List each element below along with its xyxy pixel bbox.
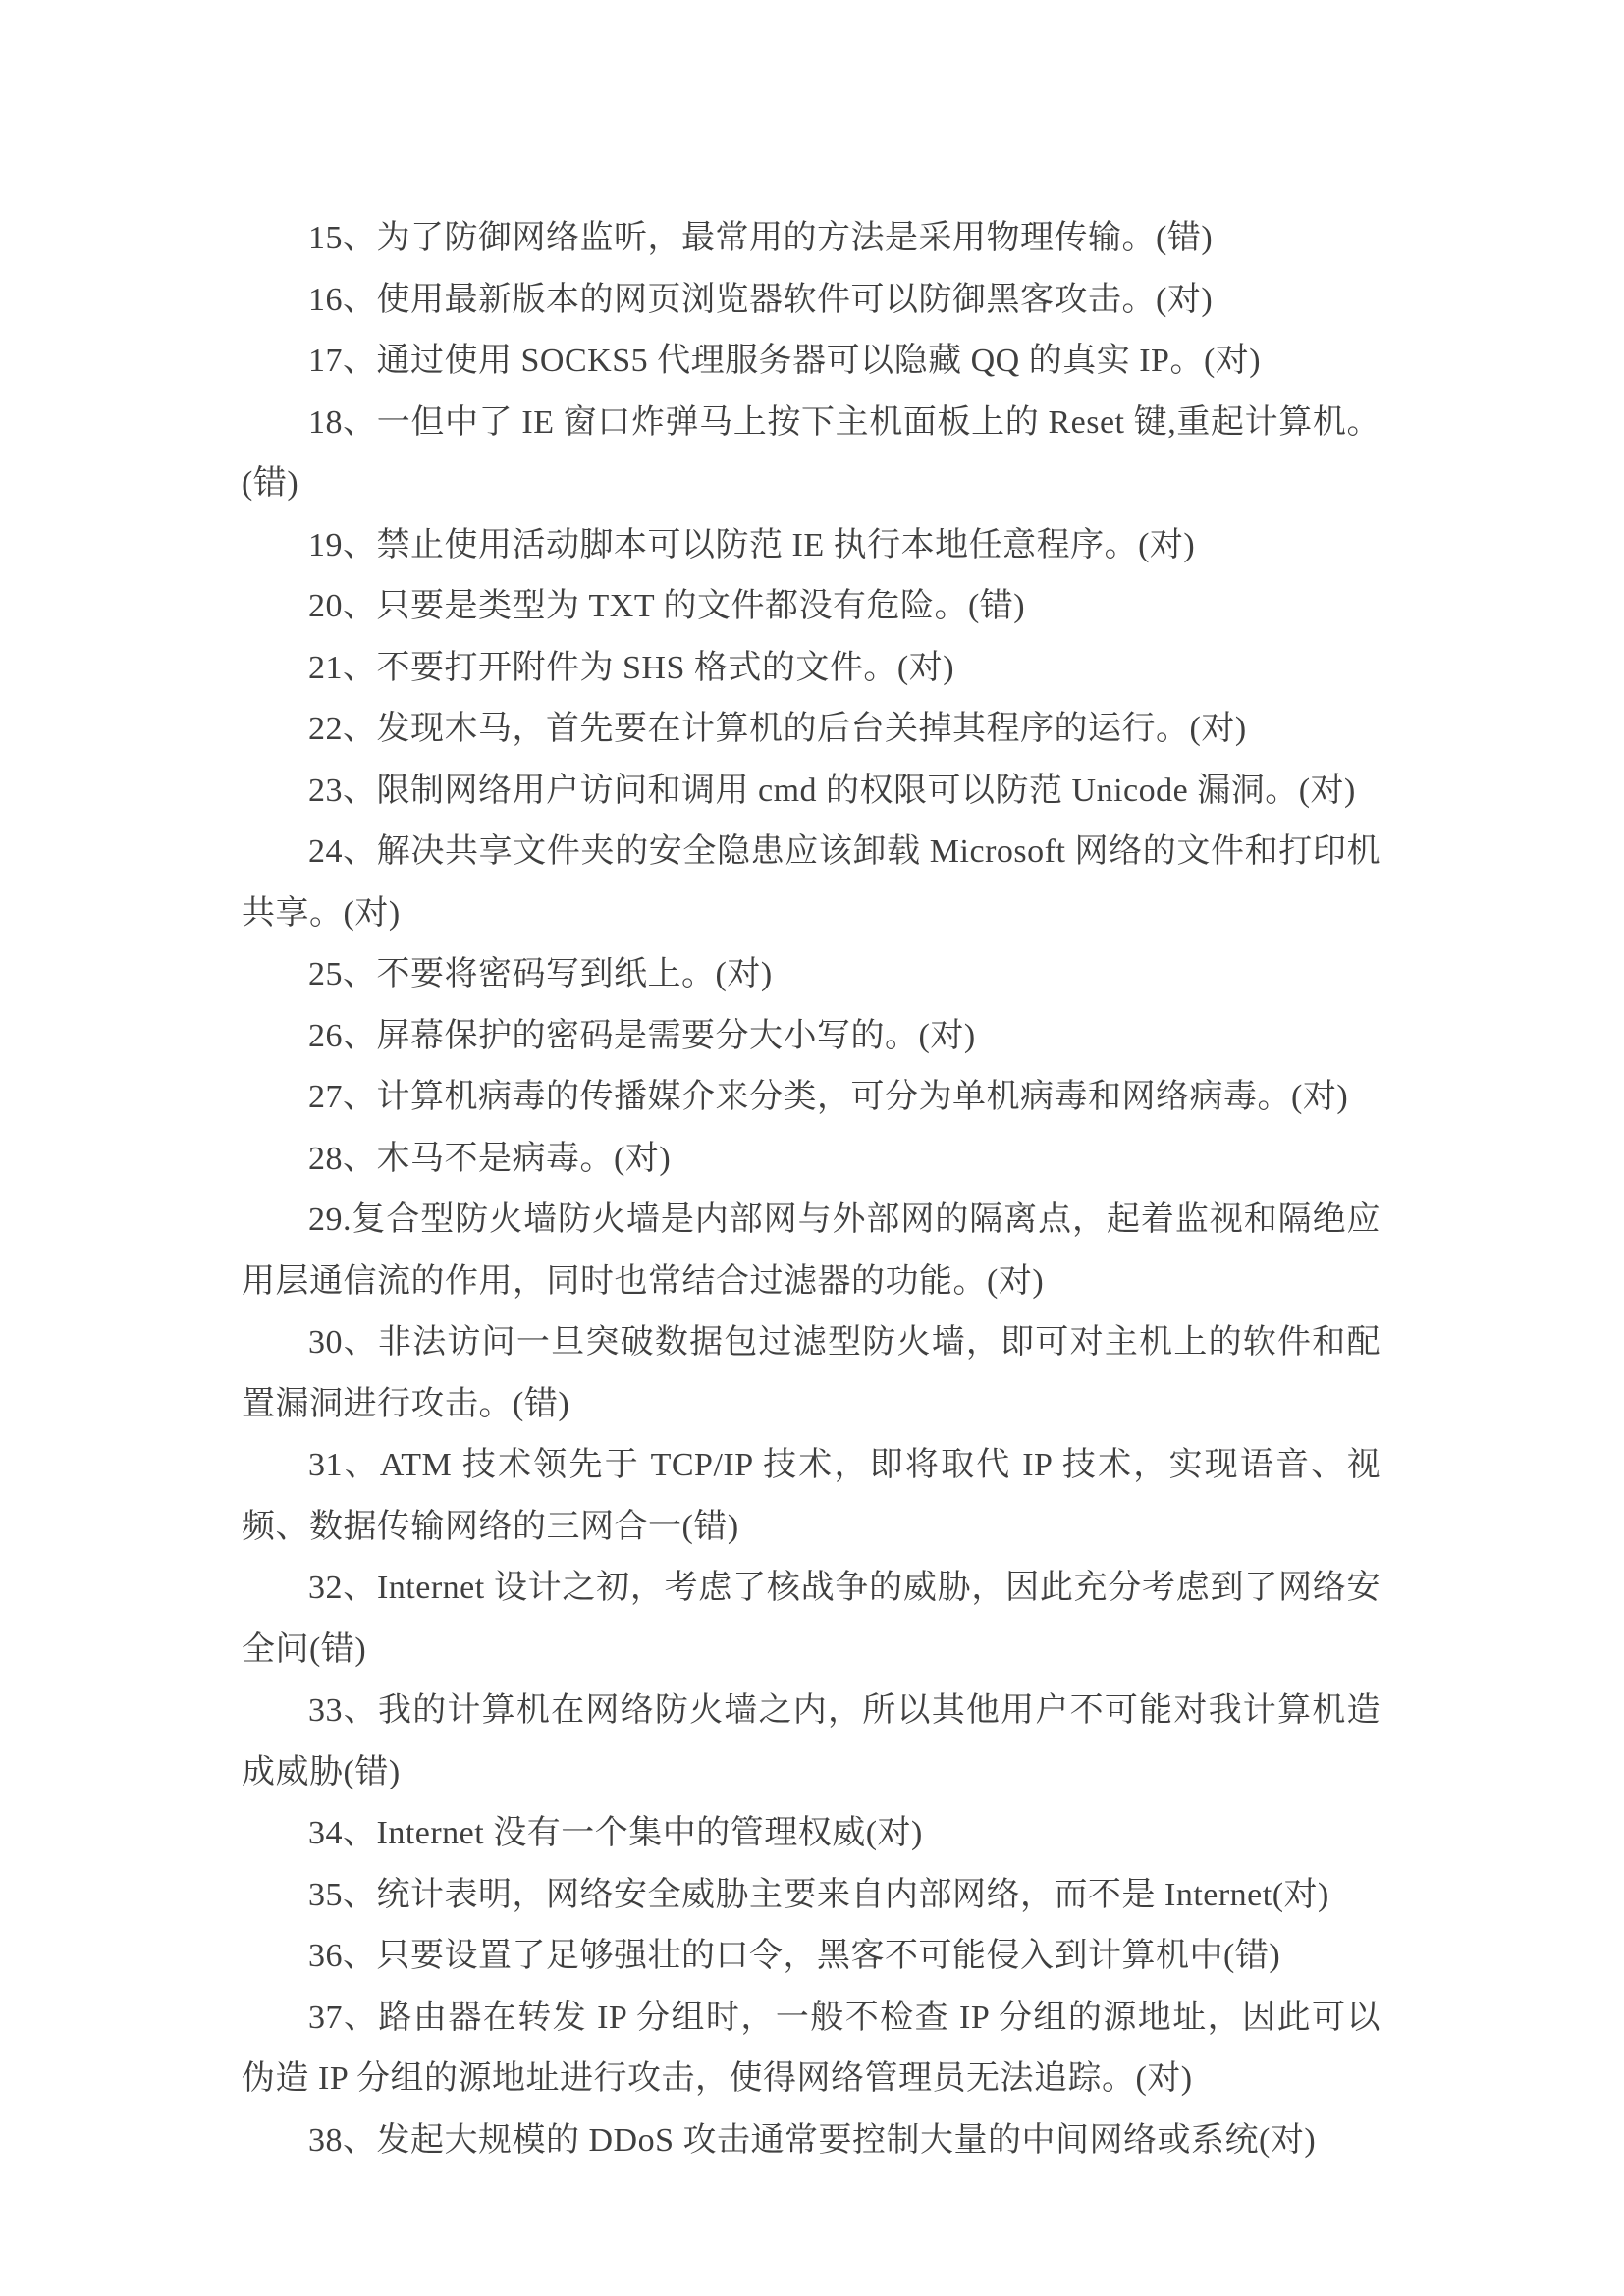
question-item-18: 18、一但中了 IE 窗口炸弹马上按下主机面板上的 Reset 键,重起计算机。…	[242, 393, 1380, 515]
question-item-28: 28、木马不是病毒。(对)	[242, 1129, 1380, 1191]
question-item-27: 27、计算机病毒的传播媒介来分类，可分为单机病毒和网络病毒。(对)	[242, 1067, 1380, 1129]
question-item-23: 23、限制网络用户访问和调用 cmd 的权限可以防范 Unicode 漏洞。(对…	[242, 761, 1380, 823]
page: 15、为了防御网络监听，最常用的方法是采用物理传输。(错) 16、使用最新版本的…	[0, 0, 1624, 2296]
question-item-20: 20、只要是类型为 TXT 的文件都没有危险。(错)	[242, 576, 1380, 638]
question-item-34: 34、Internet 没有一个集中的管理权威(对)	[242, 1803, 1380, 1865]
question-item-17: 17、通过使用 SOCKS5 代理服务器可以隐藏 QQ 的真实 IP。(对)	[242, 331, 1380, 393]
question-item-19: 19、禁止使用活动脚本可以防范 IE 执行本地任意程序。(对)	[242, 515, 1380, 577]
question-item-36: 36、只要设置了足够强壮的口令，黑客不可能侵入到计算机中(错)	[242, 1926, 1380, 1988]
question-item-25: 25、不要将密码写到纸上。(对)	[242, 944, 1380, 1006]
question-item-24: 24、解决共享文件夹的安全隐患应该卸载 Microsoft 网络的文件和打印机共…	[242, 822, 1380, 944]
question-item-33: 33、我的计算机在网络防火墙之内，所以其他用户不可能对我计算机造成威胁(错)	[242, 1681, 1380, 1803]
question-item-21: 21、不要打开附件为 SHS 格式的文件。(对)	[242, 638, 1380, 700]
question-item-29: 29.复合型防火墙防火墙是内部网与外部网的隔离点，起着监视和隔绝应用层通信流的作…	[242, 1190, 1380, 1312]
question-item-16: 16、使用最新版本的网页浏览器软件可以防御黑客攻击。(对)	[242, 270, 1380, 332]
question-item-26: 26、屏幕保护的密码是需要分大小写的。(对)	[242, 1006, 1380, 1068]
question-item-37: 37、路由器在转发 IP 分组时，一般不检查 IP 分组的源地址，因此可以伪造 …	[242, 1988, 1380, 2110]
question-item-22: 22、发现木马，首先要在计算机的后台关掉其程序的运行。(对)	[242, 699, 1380, 761]
question-item-38: 38、发起大规模的 DDoS 攻击通常要控制大量的中间网络或系统(对)	[242, 2110, 1380, 2172]
question-item-32: 32、Internet 设计之初，考虑了核战争的威胁，因此充分考虑到了网络安全问…	[242, 1558, 1380, 1681]
question-item-35: 35、统计表明，网络安全威胁主要来自内部网络，而不是 Internet(对)	[242, 1865, 1380, 1927]
question-item-30: 30、非法访问一旦突破数据包过滤型防火墙，即可对主机上的软件和配置漏洞进行攻击。…	[242, 1312, 1380, 1435]
question-item-15: 15、为了防御网络监听，最常用的方法是采用物理传输。(错)	[242, 208, 1380, 270]
question-list: 15、为了防御网络监听，最常用的方法是采用物理传输。(错) 16、使用最新版本的…	[242, 208, 1380, 2171]
question-item-31: 31、ATM 技术领先于 TCP/IP 技术，即将取代 IP 技术，实现语音、视…	[242, 1435, 1380, 1558]
